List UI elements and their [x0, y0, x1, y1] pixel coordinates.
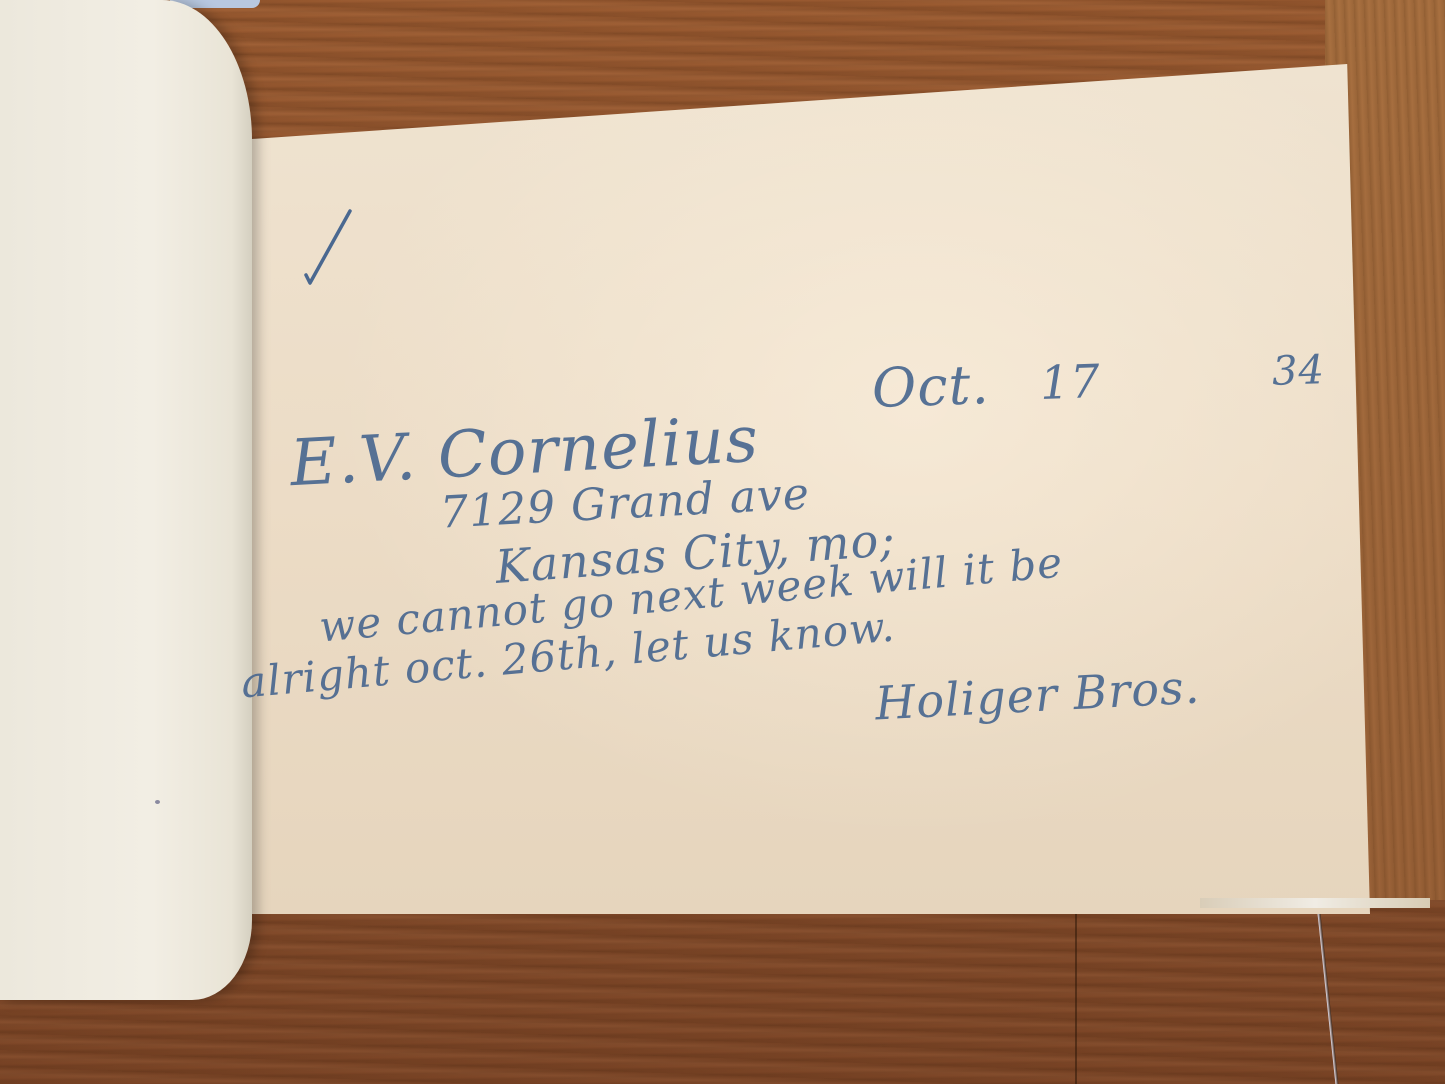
- table-board-seam: [1075, 905, 1077, 1084]
- curled-left-page: [0, 0, 252, 1000]
- checkmark-icon: [298, 205, 358, 290]
- date-month: Oct.: [871, 353, 991, 420]
- page-spot: [155, 800, 160, 804]
- date-day: 17: [1039, 354, 1101, 410]
- date-year: 34: [1271, 347, 1325, 395]
- page-stack-edge: [1200, 898, 1430, 908]
